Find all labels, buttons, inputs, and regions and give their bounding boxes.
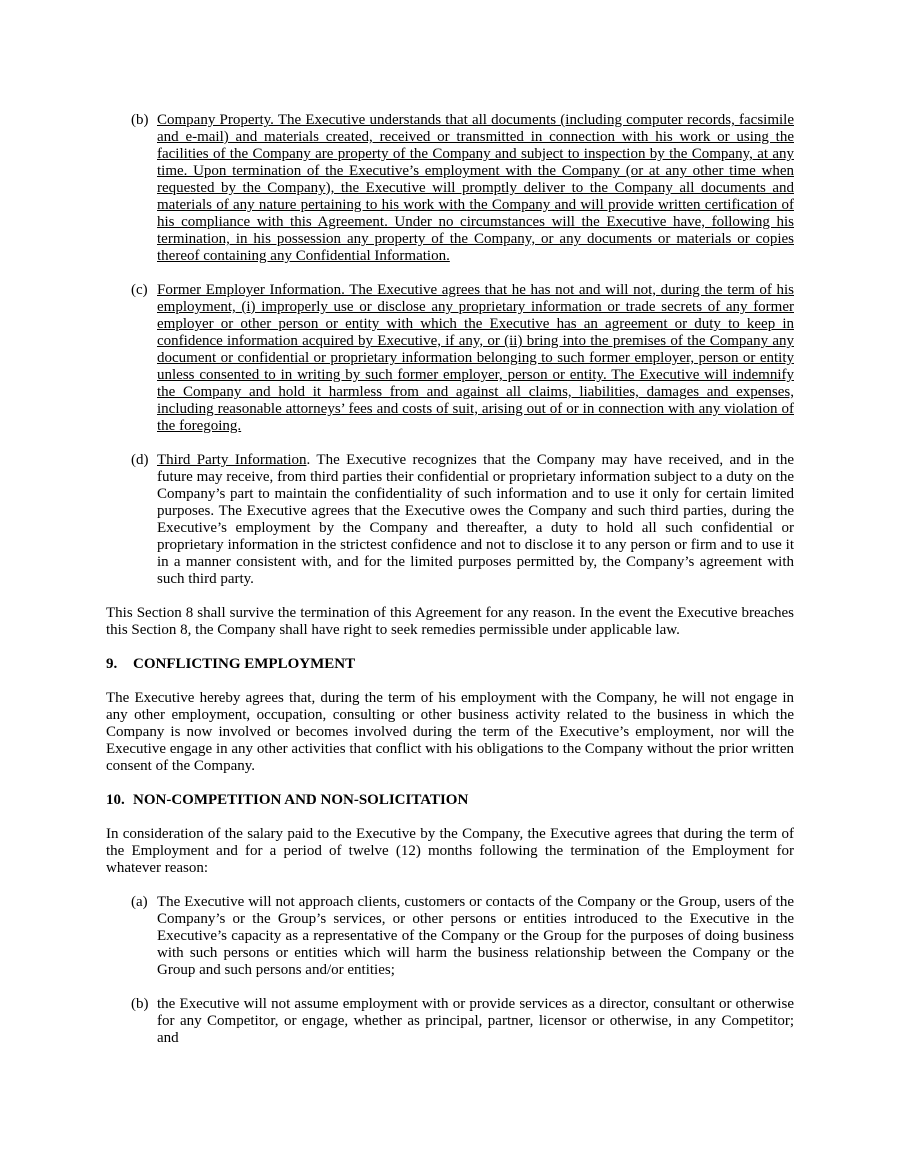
clause-10a-marker: (a) <box>131 894 148 911</box>
section-8-survival-paragraph: This Section 8 shall survive the termina… <box>106 605 794 639</box>
clause-10a-text: The Executive will not approach clients,… <box>157 894 794 978</box>
clause-8c-marker: (c) <box>131 282 148 299</box>
clause-8d-marker: (d) <box>131 452 149 469</box>
clause-8b-text: Company Property. The Executive understa… <box>157 112 794 264</box>
clause-8c-text: Former Employer Information. The Executi… <box>157 282 794 434</box>
section-9-number: 9. <box>106 656 133 673</box>
clause-8d-lead: Third Party Information <box>157 452 307 468</box>
clause-8d-text: . The Executive recognizes that the Comp… <box>157 452 794 587</box>
clause-10b-marker: (b) <box>131 996 149 1013</box>
clause-10a: (a)The Executive will not approach clien… <box>106 894 794 979</box>
section-9-title: CONFLICTING EMPLOYMENT <box>133 656 355 672</box>
section-10-number: 10. <box>106 792 133 809</box>
clause-8b-marker: (b) <box>131 112 149 129</box>
section-9-heading: 9.CONFLICTING EMPLOYMENT <box>106 656 794 673</box>
clause-8c: (c)Former Employer Information. The Exec… <box>106 282 794 435</box>
section-10-intro: In consideration of the salary paid to t… <box>106 826 794 877</box>
clause-8b: (b)Company Property. The Executive under… <box>106 112 794 265</box>
section-10-heading: 10.NON-COMPETITION AND NON-SOLICITATION <box>106 792 794 809</box>
section-10-title: NON-COMPETITION AND NON-SOLICITATION <box>133 792 468 808</box>
section-9-body: The Executive hereby agrees that, during… <box>106 690 794 775</box>
clause-10b: (b)the Executive will not assume employm… <box>106 996 794 1047</box>
clause-10b-text: the Executive will not assume employment… <box>157 996 794 1046</box>
clause-8d: (d)Third Party Information. The Executiv… <box>106 452 794 588</box>
document-page: (b)Company Property. The Executive under… <box>0 0 900 1165</box>
